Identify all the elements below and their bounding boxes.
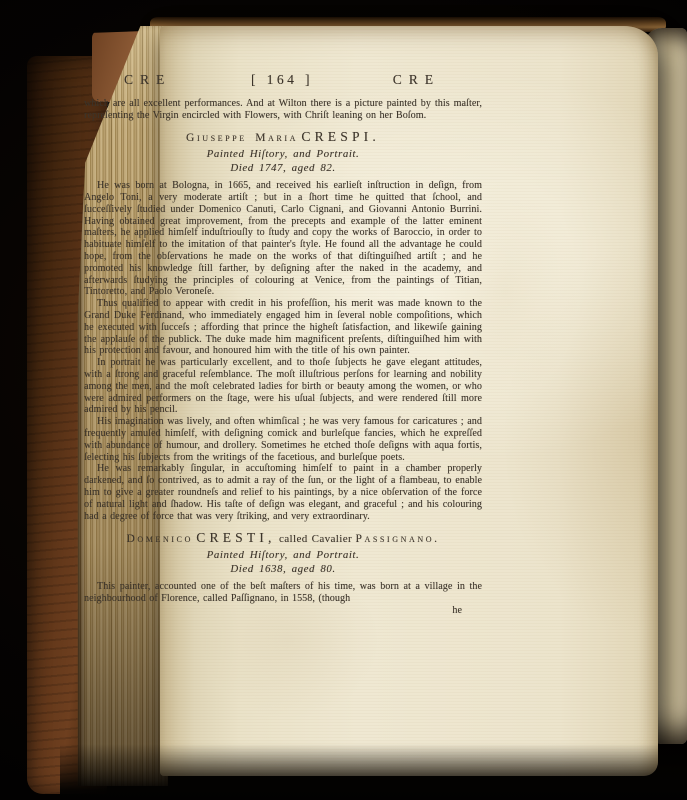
cresti-profession-line: Painted Hiſtory, and Portrait. xyxy=(84,548,482,562)
crespi-death-line: Died 1747, aged 82. xyxy=(84,161,482,175)
paragraph: He was remarkably ſingular, in accuſtomi… xyxy=(84,463,482,522)
book-photo: CRE [ 164 ] CRE which are all excellent … xyxy=(0,0,687,800)
paragraph-continuation: which are all excellent performances. An… xyxy=(84,98,482,122)
cresti-given-names: Domenico xyxy=(126,533,192,545)
page-number: [ 164 ] xyxy=(251,74,313,86)
paragraph: In portrait he was particularly excellen… xyxy=(84,357,482,416)
paragraph: His imagination was lively, and often wh… xyxy=(84,416,482,463)
header-left: CRE xyxy=(124,74,171,86)
cresti-epithet-caps: Passignano. xyxy=(355,533,439,545)
header-right: CRE xyxy=(393,74,440,86)
paragraph: He was born at Bologna, in 1665, and rec… xyxy=(84,180,482,298)
printed-text-block: CRE [ 164 ] CRE which are all excellent … xyxy=(84,74,482,616)
cresti-death-line: Died 1638, aged 80. xyxy=(84,562,482,576)
crespi-profession-line: Painted Hiſtory, and Portrait. xyxy=(84,147,482,161)
crespi-given-names: Giuseppe Maria xyxy=(186,132,298,144)
catchword: he xyxy=(84,605,482,617)
running-header: CRE [ 164 ] CRE xyxy=(124,74,440,86)
entry-heading-crespi: Giuseppe Maria CRESPI. xyxy=(84,131,482,145)
cresti-epithet: called Cavalier xyxy=(279,533,352,545)
paragraph: Thus qualified to appear with credit in … xyxy=(84,298,482,357)
paragraph: This painter, accounted one of the beſt … xyxy=(84,581,482,605)
cresti-surname: CRESTI, xyxy=(196,530,275,545)
entry-heading-cresti: Domenico CRESTI, called Cavalier Passign… xyxy=(84,532,482,546)
crespi-surname: CRESPI. xyxy=(301,129,380,144)
